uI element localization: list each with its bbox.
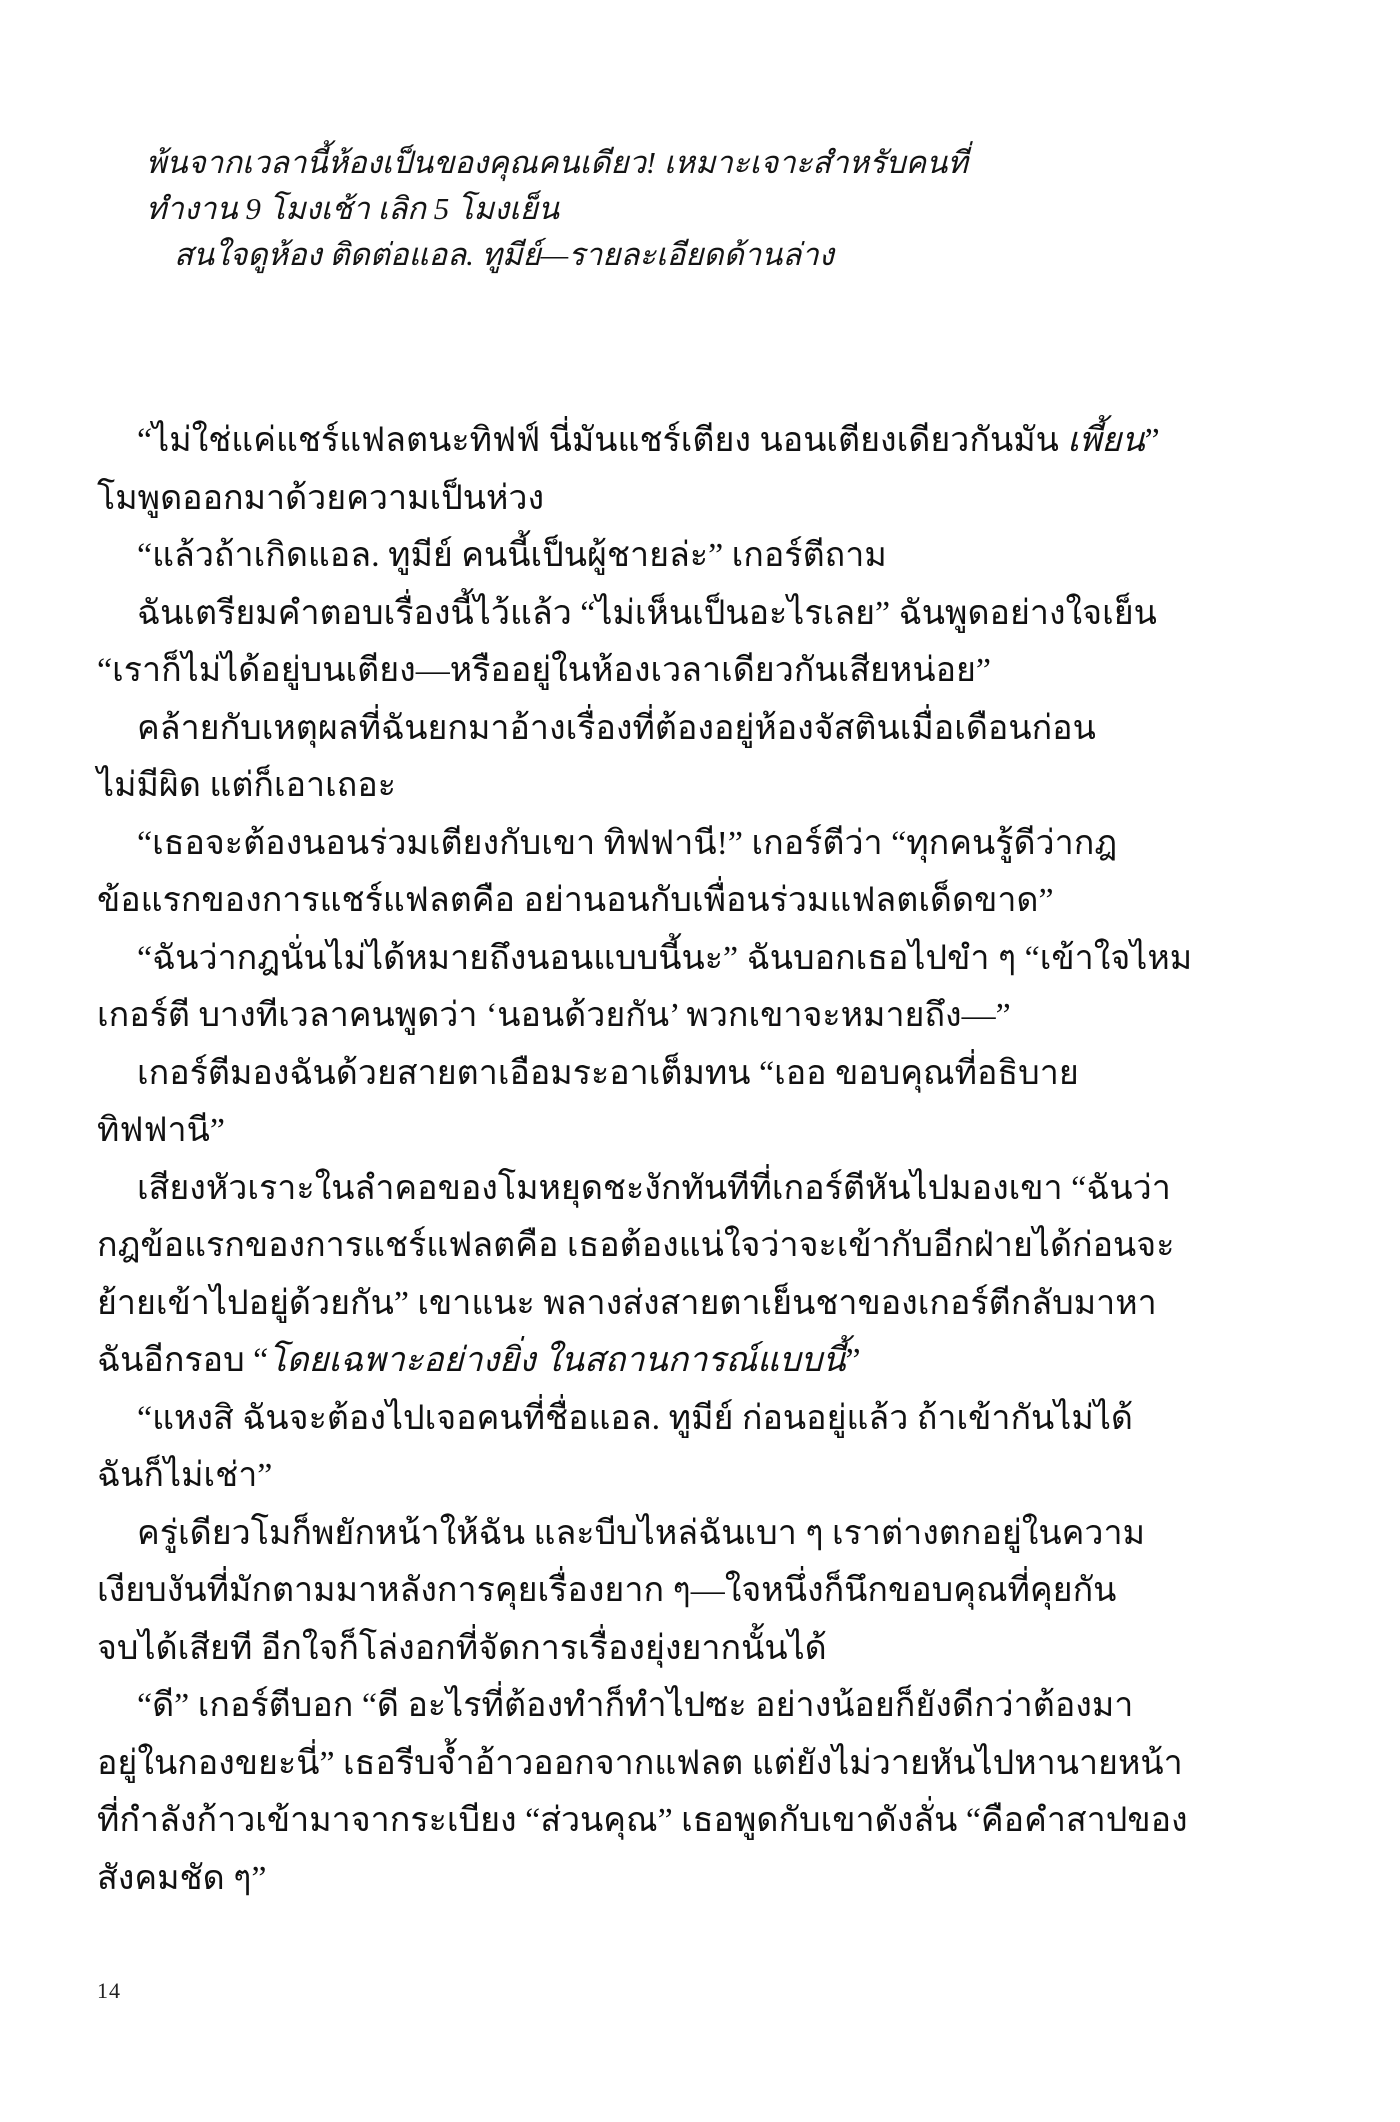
text-line: “แล้วถ้าเกิดแอล. ทูมีย์ คนนี้เป็นผู้ชายล… bbox=[97, 527, 1337, 585]
body-text-block: “ไม่ใช่แค่แชร์แฟลตนะทิฟฟ์ นี่มันแชร์เตีย… bbox=[97, 412, 1337, 1907]
text-line: คล้ายกับเหตุผลที่ฉันยกมาอ้างเรื่องที่ต้อ… bbox=[97, 700, 1337, 758]
text-line: ทิฟฟานี” bbox=[97, 1102, 1337, 1160]
text-line: ครู่เดียวโมก็พยักหน้าให้ฉัน และบีบไหล่ฉั… bbox=[97, 1505, 1337, 1563]
text-line: โมพูดออกมาด้วยความเป็นห่วง bbox=[97, 470, 1337, 528]
text-segment: ” bbox=[845, 1342, 860, 1379]
text-line: “ไม่ใช่แค่แชร์แฟลตนะทิฟฟ์ นี่มันแชร์เตีย… bbox=[97, 412, 1337, 470]
text-line: อยู่ในกองขยะนี่” เธอรีบจ้ำอ้าวออกจากแฟลต… bbox=[97, 1735, 1337, 1793]
text-line: กฎข้อแรกของการแชร์แฟลตคือ เธอต้องแน่ใจว่… bbox=[97, 1217, 1337, 1275]
text-line: เกอร์ตีมองฉันด้วยสายตาเอือมระอาเต็มทน “เ… bbox=[97, 1045, 1337, 1103]
text-line: ที่กำลังก้าวเข้ามาจากระเบียง “ส่วนคุณ” เ… bbox=[97, 1792, 1337, 1850]
text-line: จบได้เสียที อีกใจก็โล่งอกที่จัดการเรื่อง… bbox=[97, 1620, 1337, 1678]
text-line: ฉันก็ไม่เช่า” bbox=[97, 1447, 1337, 1505]
text-line: “แหงสิ ฉันจะต้องไปเจอคนที่ชื่อแอล. ทูมีย… bbox=[97, 1390, 1337, 1448]
text-line: ข้อแรกของการแชร์แฟลตคือ อย่านอนกับเพื่อน… bbox=[97, 872, 1337, 930]
text-line: ฉันอีกรอบ “โดยเฉพาะอย่างยิ่ง ในสถานการณ์… bbox=[97, 1332, 1337, 1390]
text-line: เกอร์ตี บางทีเวลาคนพูดว่า ‘นอนด้วยกัน’ พ… bbox=[97, 987, 1337, 1045]
text-line: “ดี” เกอร์ตีบอก “ดี อะไรที่ต้องทำก็ทำไปซ… bbox=[97, 1677, 1337, 1735]
text-line: ไม่มีผิด แต่ก็เอาเถอะ bbox=[97, 757, 1337, 815]
advert-quote-block: พ้นจากเวลานี้ห้องเป็นของคุณคนเดียว! เหมา… bbox=[146, 140, 1246, 278]
text-line: เสียงหัวเราะในลำคอของโมหยุดชะงักทันทีที่… bbox=[97, 1160, 1337, 1218]
text-line: “ฉันว่ากฎนั่นไม่ได้หมายถึงนอนแบบนี้นะ” ฉ… bbox=[97, 930, 1337, 988]
text-line: สังคมชัด ๆ” bbox=[97, 1850, 1337, 1908]
page-number: 14 bbox=[97, 1978, 121, 2004]
text-line: “เธอจะต้องนอนร่วมเตียงกับเขา ทิฟฟานี!” เ… bbox=[97, 815, 1337, 873]
text-segment: ฉันอีกรอบ “ bbox=[97, 1342, 268, 1379]
text-line: “เราก็ไม่ได้อยู่บนเตียง—หรืออยู่ในห้องเว… bbox=[97, 642, 1337, 700]
advert-line-3: สนใจดูห้อง ติดต่อแอล. ทูมีย์—รายละเอียดด… bbox=[146, 232, 1246, 278]
advert-line-2: ทำงาน 9 โมงเช้า เลิก 5 โมงเย็น bbox=[146, 186, 1246, 232]
text-segment-italic: เพี้ยน bbox=[1067, 422, 1144, 459]
text-segment: “ไม่ใช่แค่แชร์แฟลตนะทิฟฟ์ นี่มันแชร์เตีย… bbox=[137, 422, 1067, 459]
book-page: พ้นจากเวลานี้ห้องเป็นของคุณคนเดียว! เหมา… bbox=[0, 0, 1400, 2122]
text-segment-italic: โดยเฉพาะอย่างยิ่ง ในสถานการณ์แบบนี้ bbox=[268, 1342, 845, 1379]
advert-line-1: พ้นจากเวลานี้ห้องเป็นของคุณคนเดียว! เหมา… bbox=[146, 140, 1246, 186]
text-segment: ” bbox=[1145, 422, 1160, 459]
text-line: ย้ายเข้าไปอยู่ด้วยกัน” เขาแนะ พลางส่งสาย… bbox=[97, 1275, 1337, 1333]
text-line: ฉันเตรียมคำตอบเรื่องนี้ไว้แล้ว “ไม่เห็นเ… bbox=[97, 585, 1337, 643]
text-line: เงียบงันที่มักตามมาหลังการคุยเรื่องยาก ๆ… bbox=[97, 1562, 1337, 1620]
